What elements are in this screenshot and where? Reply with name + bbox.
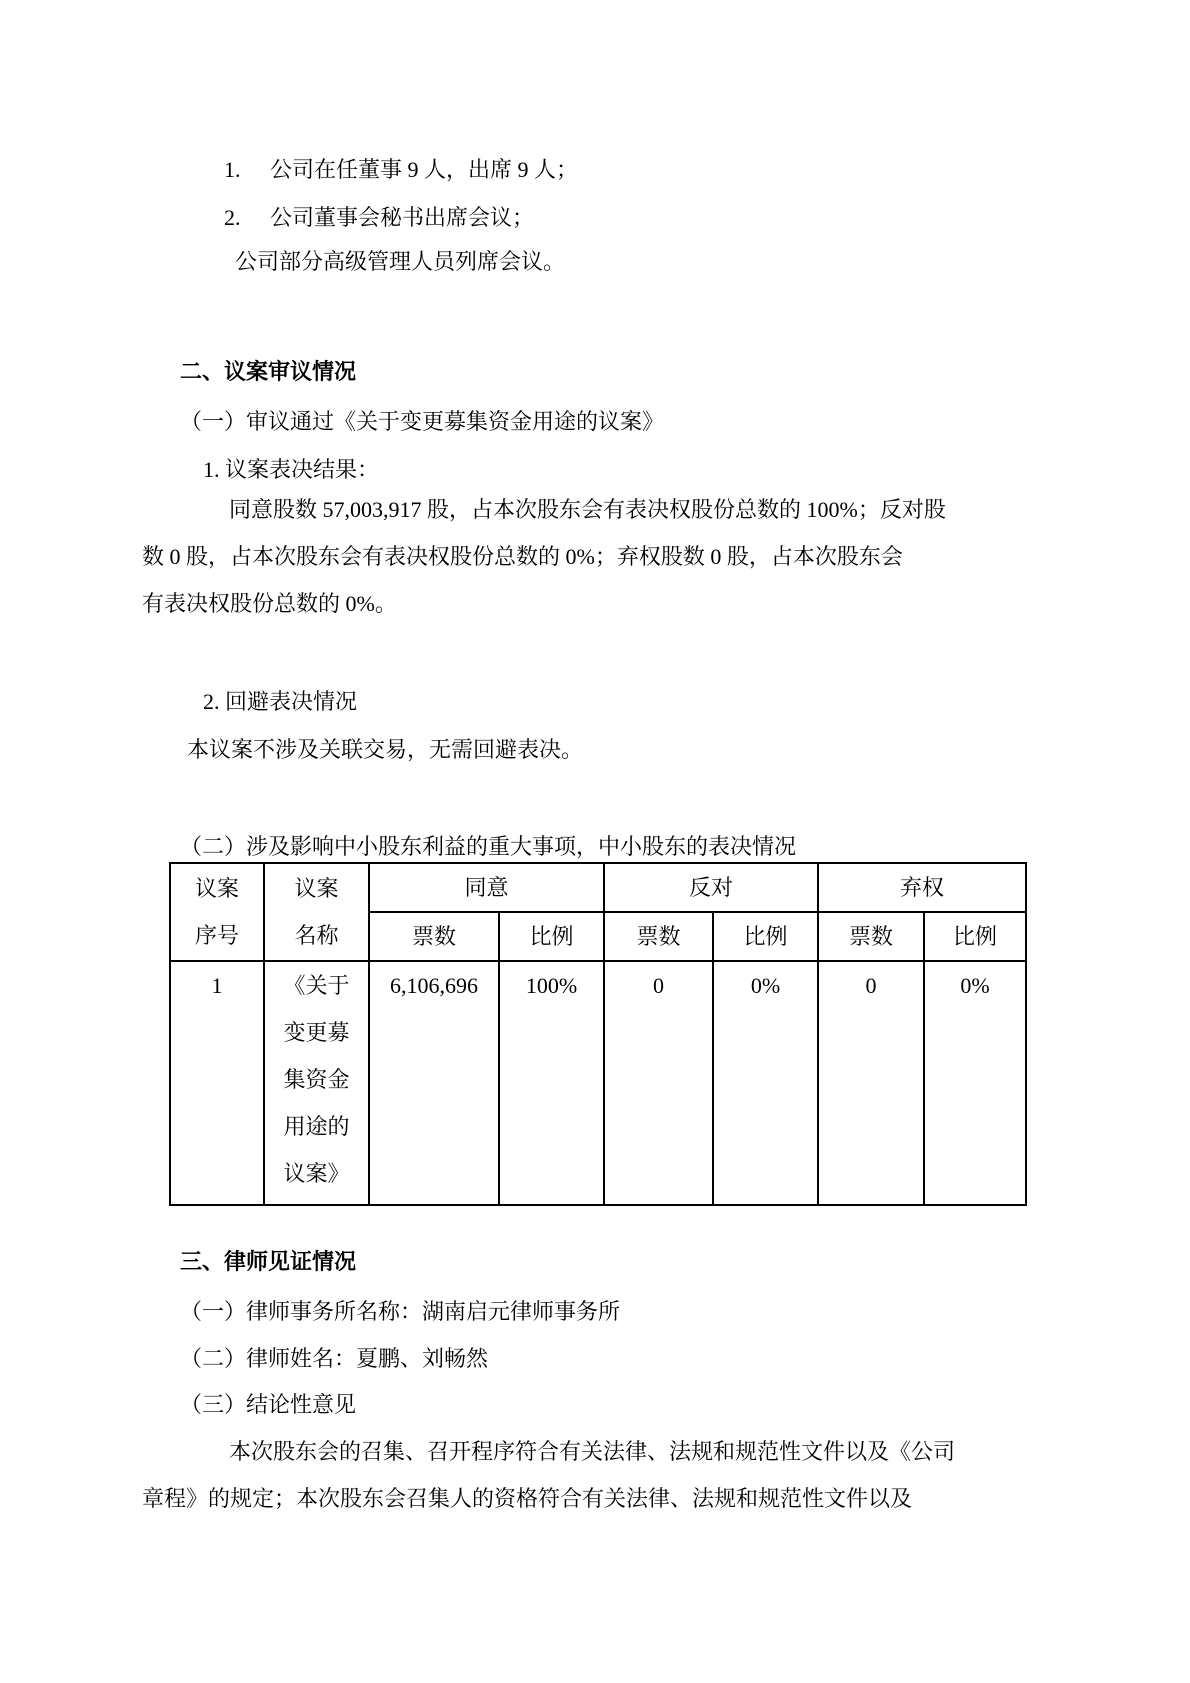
header-proposal-name: 议案 名称 [264, 863, 369, 961]
list-number-1: 1. [224, 146, 270, 193]
document-page: 1. 公司在任董事 9 人，出席 9 人； 2. 公司董事会秘书出席会议； 公司… [0, 0, 1190, 1683]
header-group-against: 反对 [604, 863, 818, 912]
cell-seq: 1 [170, 961, 264, 1205]
header-abstain-ratio: 比例 [924, 912, 1026, 961]
vote-table-header-row-1: 议案 序号 议案 名称 同意 反对 弃权 [170, 863, 1026, 912]
conclusion-paragraph: 本次股东会的召集、召开程序符合有关法律、法规和规范性文件以及《公司 章程》的规定… [142, 1428, 1090, 1522]
attendance-item-3: 公司部分高级管理人员列席会议。 [235, 238, 565, 285]
list-number-2: 2. [224, 194, 270, 241]
header-against-votes: 票数 [604, 912, 713, 961]
section3-heading: 三、律师见证情况 [180, 1238, 356, 1285]
header-group-abstain: 弃权 [818, 863, 1026, 912]
attendance-item-2-text: 公司董事会秘书出席会议； [270, 194, 534, 241]
attendance-item-1-text: 公司在任董事 9 人，出席 9 人； [270, 146, 578, 193]
attendance-item-1: 1. 公司在任董事 9 人，出席 9 人； [224, 146, 578, 193]
law-firm-line: （一）律师事务所名称：湖南启元律师事务所 [180, 1288, 620, 1335]
vote-result-paragraph: 同意股数 57,003,917 股，占本次股东会有表决权股份总数的 100%；反… [142, 486, 1090, 627]
header-against-ratio: 比例 [713, 912, 818, 961]
header-group-agree: 同意 [369, 863, 604, 912]
attendance-item-2: 2. 公司董事会秘书出席会议； [224, 194, 534, 241]
cell-abstain-votes: 0 [818, 961, 924, 1205]
cell-against-ratio: 0% [713, 961, 818, 1205]
recusal-label: 2. 回避表决情况 [203, 678, 357, 725]
header-abstain-votes: 票数 [818, 912, 924, 961]
vote-table-data-row: 1 《关于 变更募 集资金 用途的 议案》 6,106,696 100% 0 0… [170, 961, 1026, 1205]
header-agree-votes: 票数 [369, 912, 499, 961]
section2-sub1-title: （一）审议通过《关于变更募集资金用途的议案》 [180, 398, 664, 445]
cell-abstain-ratio: 0% [924, 961, 1026, 1205]
lawyers-line: （二）律师姓名：夏鹏、刘畅然 [180, 1335, 488, 1382]
cell-agree-ratio: 100% [499, 961, 604, 1205]
conclusion-label: （三）结论性意见 [180, 1381, 356, 1428]
section2-heading: 二、议案审议情况 [180, 348, 356, 395]
header-agree-ratio: 比例 [499, 912, 604, 961]
vote-table: 议案 序号 议案 名称 同意 反对 弃权 票数 比例 票数 比例 票数 比例 1… [169, 862, 1027, 1206]
cell-against-votes: 0 [604, 961, 713, 1205]
header-proposal-seq: 议案 序号 [170, 863, 264, 961]
cell-proposal-name: 《关于 变更募 集资金 用途的 议案》 [264, 961, 369, 1205]
recusal-text: 本议案不涉及关联交易，无需回避表决。 [187, 726, 583, 773]
cell-agree-votes: 6,106,696 [369, 961, 499, 1205]
